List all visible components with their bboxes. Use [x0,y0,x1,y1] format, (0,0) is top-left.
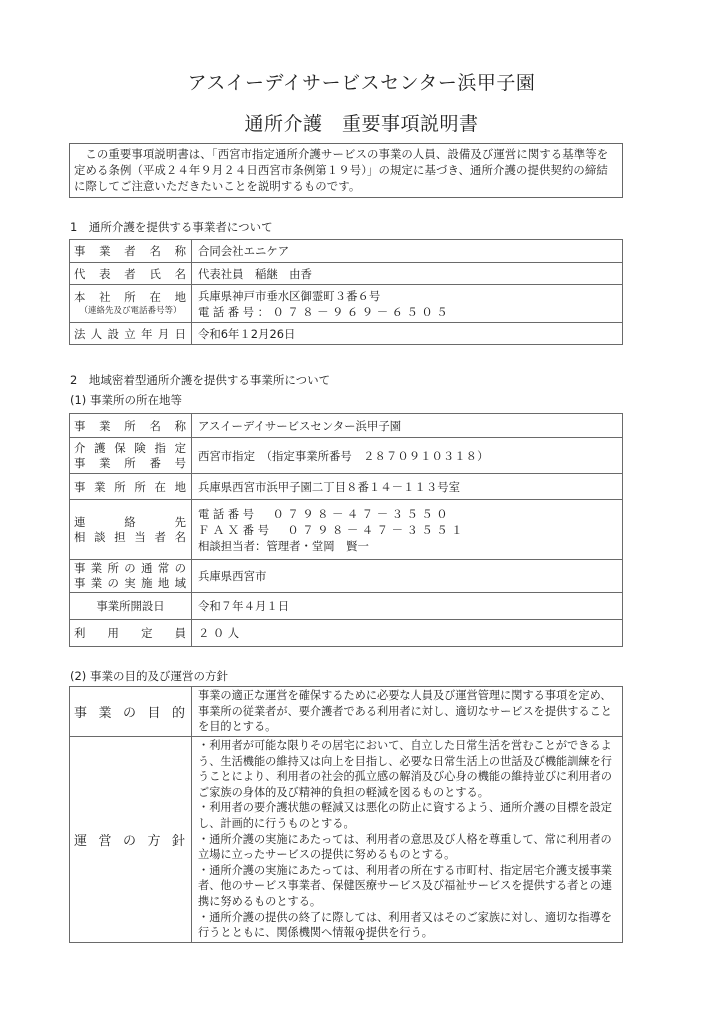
table-row: 介護保険指定 事業所番号 西宮市指定 （指定事業所番号 ２８７０９１０３１８） [70,438,623,474]
policy-item: ・通所介護の実施にあたっては、利用者の所在する市町村、指定居宅介護支援事業者、他… [198,863,616,910]
row-label: 運営の方針 [70,737,192,943]
row-value: 令和７年４月１日 [192,593,623,620]
row-label: 事業の目的 [70,687,192,737]
table-row: 代表者氏名 代表社員 稲継 由香 [70,263,623,285]
table-row: 事業所開設日 令和７年４月１日 [70,593,623,620]
table-row: 本社所在地 （連絡先及び電話番号等） 兵庫県神戸市垂水区御霊町３番６号 電話番号… [70,285,623,323]
policy-item: ・利用者の要介護状態の軽減又は悪化の防止に資するよう、通所介護の目標を設定し、計… [198,800,616,831]
table-row: 事業者名称 合同会社エニケア [70,240,623,263]
intro-text: この重要事項説明書は、「西宮市指定通所介護サービスの事業の人員、設備及び運営に関… [74,146,618,194]
row-label: 代表者氏名 [70,263,192,285]
contact-person-line: 相談担当者：管理者・堂岡 賢一 [198,538,616,554]
row-label: 事業所の通常の 事業の実施地域 [70,560,192,593]
row-label: 連絡先 相談担当者名 [70,500,192,560]
row-label: 事業所開設日 [70,593,192,620]
row-value: ・利用者が可能な限りその居宅において、自立した日常生活を営むことができるよう、生… [192,737,623,943]
row-label-line: 連絡先 [74,515,187,530]
row-value: ２０人 [192,620,623,647]
row-value: アスイーデイサービスセンター浜甲子園 [192,414,623,438]
document-title: アスイーデイサービスセンター浜甲子園 [0,68,723,95]
section2-sub2-heading: (2) 事業の目的及び運営の方針 [70,668,228,684]
address-line: 兵庫県神戸市垂水区御霊町３番６号 [198,288,616,304]
section2-heading: 2 地域密着型通所介護を提供する事業所について [70,372,330,388]
policy-item: ・通所介護の実施にあたっては、利用者の意思及び人格を尊重して、常に利用者の立場に… [198,832,616,863]
section1-heading: 1 通所介護を提供する事業者について [70,219,273,235]
row-label-line: 事業の実施地域 [74,576,187,591]
office-location-table: 事業所名称 アスイーデイサービスセンター浜甲子園 介護保険指定 事業所番号 西宮… [69,413,623,647]
row-label: 事業所所在地 [70,474,192,500]
section2-sub1-heading: (1) 事業所の所在地等 [70,392,182,408]
document-page: アスイーデイサービスセンター浜甲子園 通所介護 重要事項説明書 この重要事項説明… [0,0,723,1024]
table-row: 事業所の通常の 事業の実施地域 兵庫県西宮市 [70,560,623,593]
row-label: 事業者名称 [70,240,192,263]
row-label: 本社所在地 （連絡先及び電話番号等） [70,285,192,323]
row-value: 電話番号 ０７９８－４７－３５５０ ＦＡＸ番号 ０７９８－４７－３５５１ 相談担… [192,500,623,560]
operator-info-table: 事業者名称 合同会社エニケア 代表者氏名 代表社員 稲継 由香 本社所在地 （連… [69,239,623,345]
row-label-line: 事業所の通常の [74,561,187,576]
row-label-line: 相談担当者名 [74,530,187,545]
row-value: 令和6年１2月26日 [192,323,623,345]
table-row: 利用定員 ２０人 [70,620,623,647]
row-label-main: 本社所在地 [74,290,187,305]
row-label: 事業所名称 [70,414,192,438]
row-value: 兵庫県神戸市垂水区御霊町３番６号 電話番号：０７８－９６９－６５０５ [192,285,623,323]
row-value: 合同会社エニケア [192,240,623,263]
policy-item: ・利用者が可能な限りその居宅において、自立した日常生活を営むことができるよう、生… [198,738,616,800]
purpose-policy-table: 事業の目的 事業の適正な運営を確保するために必要な人員及び運営管理に関する事項を… [69,686,623,943]
intro-box: この重要事項説明書は、「西宮市指定通所介護サービスの事業の人員、設備及び運営に関… [69,143,623,198]
row-label-line: 事業所番号 [74,456,187,471]
fax-line: ＦＡＸ番号 ０７９８－４７－３５５１ [198,522,616,538]
row-label: 法人設立年月日 [70,323,192,345]
table-row: 事業所名称 アスイーデイサービスセンター浜甲子園 [70,414,623,438]
row-value: 代表社員 稲継 由香 [192,263,623,285]
row-value: 事業の適正な運営を確保するために必要な人員及び運営管理に関する事項を定め、事業所… [192,687,623,737]
table-row: 連絡先 相談担当者名 電話番号 ０７９８－４７－３５５０ ＦＡＸ番号 ０７９８－… [70,500,623,560]
row-value: 兵庫県西宮市浜甲子園二丁目８番１４－１１３号室 [192,474,623,500]
table-row: 事業の目的 事業の適正な運営を確保するために必要な人員及び運営管理に関する事項を… [70,687,623,737]
row-value: 兵庫県西宮市 [192,560,623,593]
row-label: 利用定員 [70,620,192,647]
row-label-line: 介護保険指定 [74,441,187,456]
phone-line: 電話番号：０７８－９６９－６５０５ [198,304,616,320]
phone-line: 電話番号 ０７９８－４７－３５５０ [198,506,616,522]
table-row: 法人設立年月日 令和6年１2月26日 [70,323,623,345]
table-row: 運営の方針 ・利用者が可能な限りその居宅において、自立した日常生活を営むことがで… [70,737,623,943]
row-label: 介護保険指定 事業所番号 [70,438,192,474]
row-value: 西宮市指定 （指定事業所番号 ２８７０９１０３１８） [192,438,623,474]
row-label-sub: （連絡先及び電話番号等） [74,305,187,317]
document-subtitle: 通所介護 重要事項説明書 [0,109,723,136]
table-row: 事業所所在地 兵庫県西宮市浜甲子園二丁目８番１４－１１３号室 [70,474,623,500]
page-number: 1 [0,929,723,943]
